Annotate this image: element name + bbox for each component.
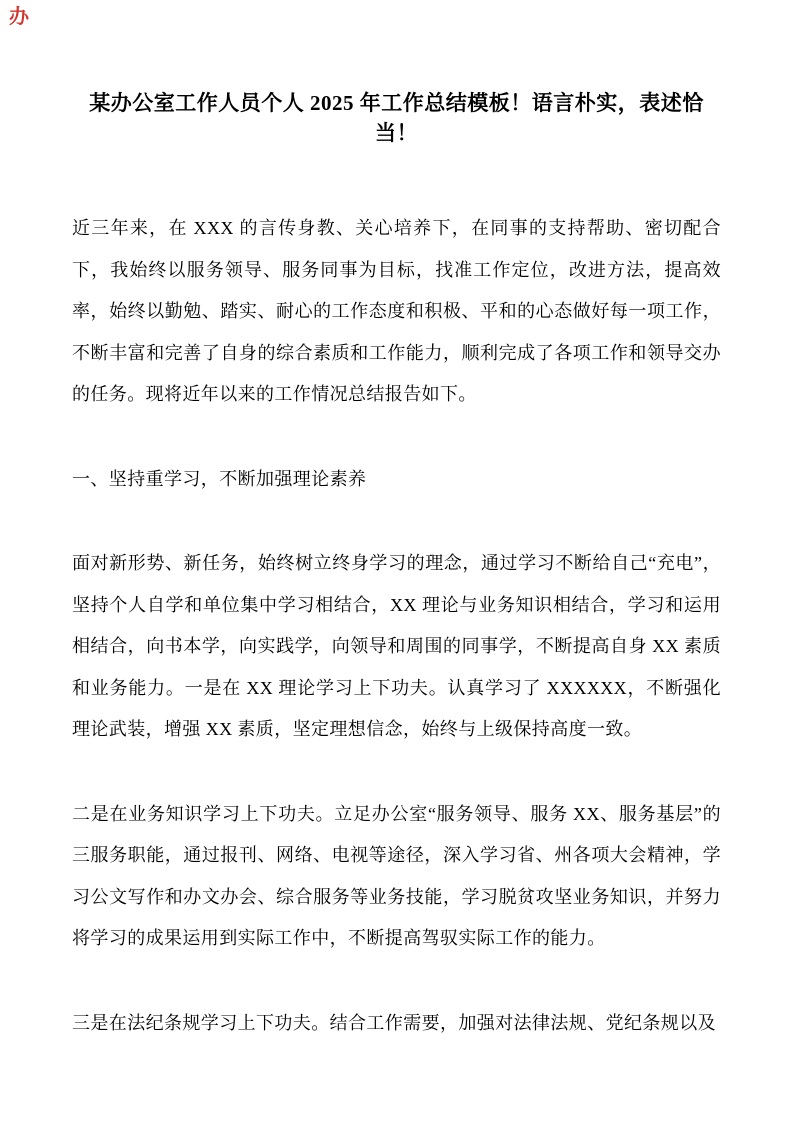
document-title: 某办公室工作人员个人 2025 年工作总结模板！语言朴实，表述恰当！ [0, 0, 793, 148]
document-body: 近三年来，在 XXX 的言传身教、关心培养下，在同事的支持帮助、密切配合下，我始… [0, 208, 793, 1044]
paragraph-law-study: 三是在法纪条规学习上下功夫。结合工作需要，加强对法律法规、党纪条规以及 [72, 1003, 721, 1045]
document-page: 办 某办公室工作人员个人 2025 年工作总结模板！语言朴实，表述恰当！ 近三年… [0, 0, 793, 1122]
paragraph-business-study: 二是在业务知识学习上下功夫。立足办公室“服务领导、服务 XX、服务基层”的三服务… [72, 794, 721, 960]
paragraph-theory-study: 面对新形势、新任务，始终树立终身学习的理念，通过学习不断给自己“充电”，坚持个人… [72, 543, 721, 751]
site-logo-icon: 办 [9, 5, 29, 29]
section-heading-study: 一、坚持重学习，不断加强理论素养 [72, 459, 721, 501]
paragraph-intro: 近三年来，在 XXX 的言传身教、关心培养下，在同事的支持帮助、密切配合下，我始… [72, 208, 721, 416]
